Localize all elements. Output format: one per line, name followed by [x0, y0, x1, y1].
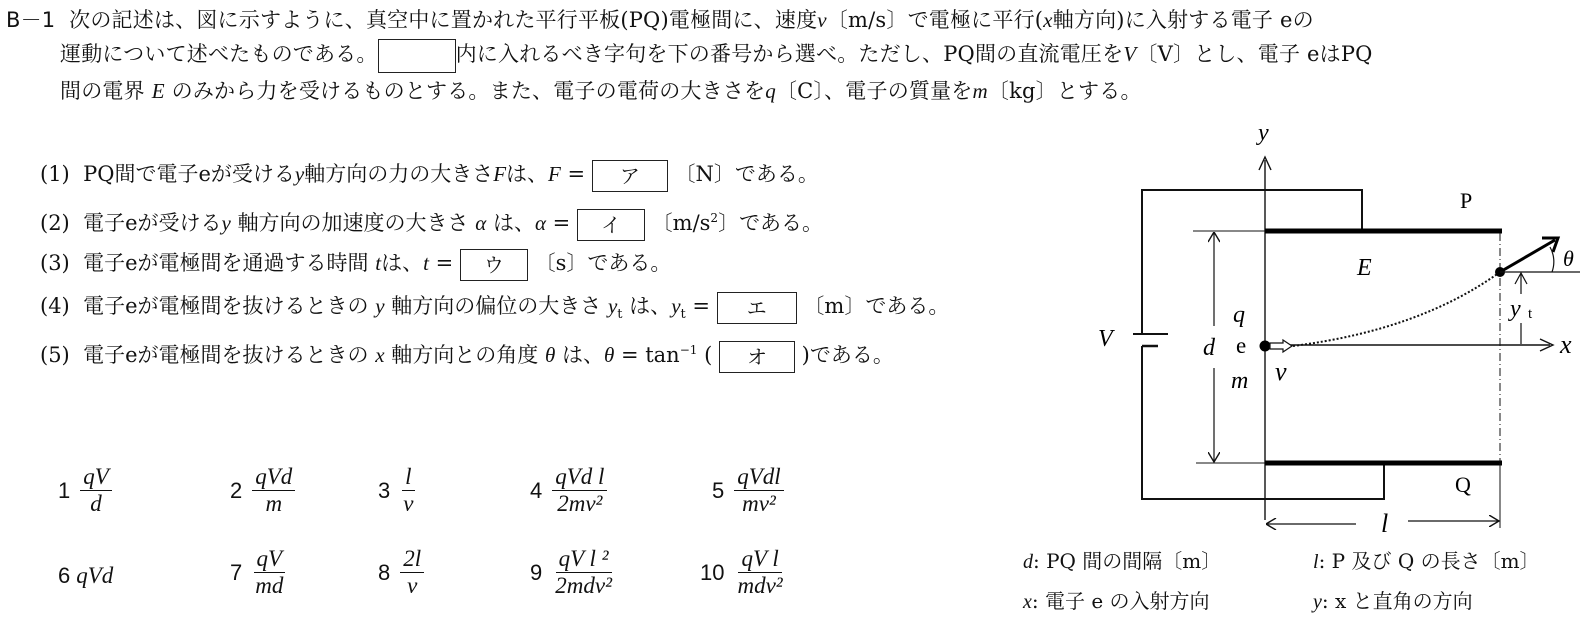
plate-P-label: P [1460, 188, 1472, 213]
voltage-label: V [1098, 326, 1115, 352]
parallel-plate-diagram: y V P Q d E q e m x v θ y t l [0, 0, 1592, 621]
charge-label: q [1233, 302, 1245, 328]
mass-label: m [1231, 368, 1248, 394]
legend-y: y: x と直角の方向 [1313, 584, 1473, 619]
electron-label: e [1236, 333, 1246, 358]
electron-dot [1260, 341, 1271, 352]
angle-label: θ [1563, 246, 1574, 271]
deflection-subscript: t [1528, 306, 1533, 322]
length-label: l [1381, 509, 1388, 538]
gap-label: d [1203, 335, 1216, 361]
legend-x: x: 電子 e の入射方向 [1023, 584, 1210, 619]
x-axis-label: x [1559, 330, 1572, 359]
circuit-wire-top [1142, 190, 1362, 334]
circuit-wire-bottom [1142, 346, 1384, 499]
y-axis-label: y [1256, 120, 1269, 146]
plate-Q-label: Q [1455, 472, 1471, 497]
velocity-label: v [1275, 357, 1287, 386]
velocity-arrow-icon [1270, 340, 1292, 352]
field-label: E [1356, 255, 1372, 281]
electron-trajectory [1293, 272, 1500, 346]
legend-d: d: PQ 間の間隔〔m〕 [1023, 544, 1221, 579]
deflection-label: y [1508, 296, 1521, 322]
exit-velocity-vector [1500, 240, 1555, 272]
legend-l: l: P 及び Q の長さ〔m〕 [1313, 544, 1540, 579]
